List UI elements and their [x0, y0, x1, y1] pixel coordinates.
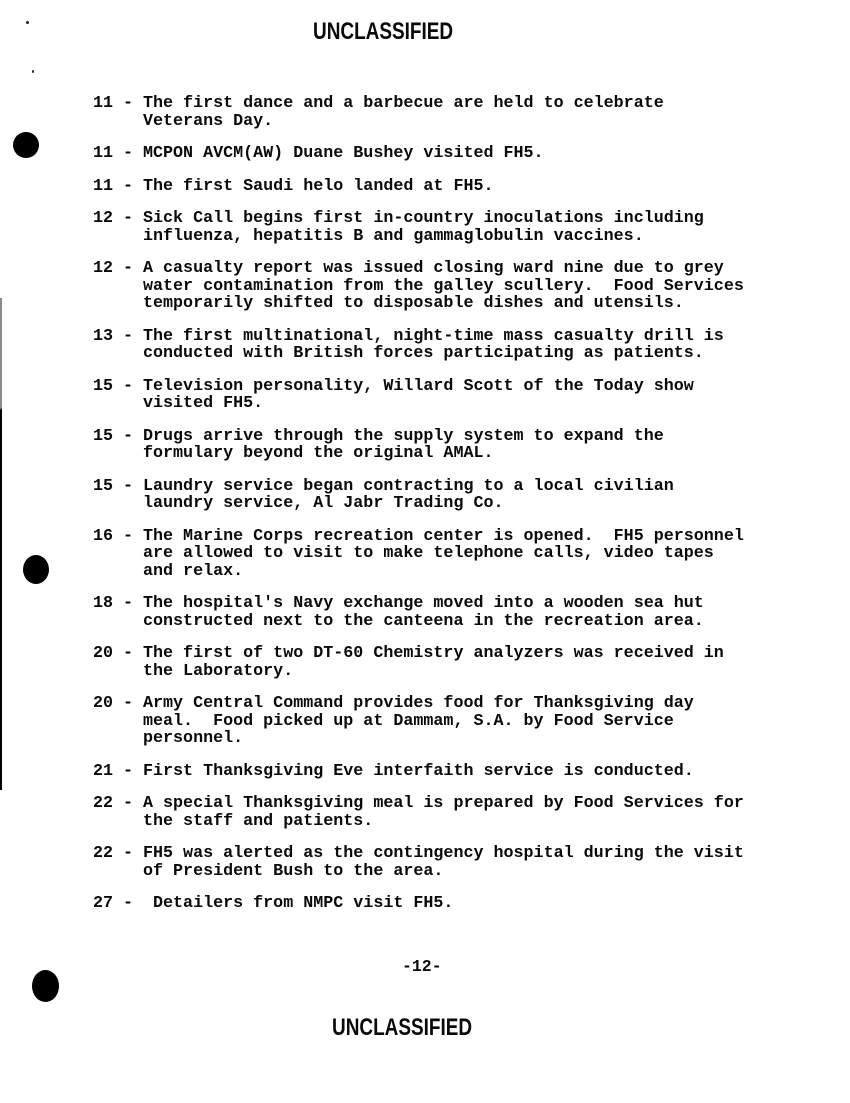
- entry-text: The hospital's Navy exchange moved into …: [143, 595, 704, 630]
- entry-dash: -: [123, 595, 143, 630]
- history-entry: 22 - A special Thanksgiving meal is prep…: [93, 795, 793, 830]
- entry-text: First Thanksgiving Eve interfaith servic…: [143, 763, 694, 781]
- entry-day-number: 15: [93, 428, 123, 463]
- history-entry: 20 - The first of two DT-60 Chemistry an…: [93, 645, 793, 680]
- hole-punch-mark: [23, 555, 49, 584]
- entry-dash: -: [123, 845, 143, 880]
- entry-day-number: 20: [93, 695, 123, 748]
- entry-day-number: 27: [93, 895, 123, 913]
- history-entry: 18 - The hospital's Navy exchange moved …: [93, 595, 793, 630]
- entry-dash: -: [123, 260, 143, 313]
- entry-text: Detailers from NMPC visit FH5.: [143, 895, 453, 913]
- entry-day-number: 11: [93, 145, 123, 163]
- entry-day-number: 11: [93, 178, 123, 196]
- entry-text: A special Thanksgiving meal is prepared …: [143, 795, 744, 830]
- entry-dash: -: [123, 528, 143, 581]
- history-entry: 11 - The first dance and a barbecue are …: [93, 95, 793, 130]
- footer-classification-banner: UNCLASSIFIED: [332, 1014, 472, 1042]
- entry-text: The first dance and a barbecue are held …: [143, 95, 664, 130]
- history-entry: 15 - Laundry service began contracting t…: [93, 478, 793, 513]
- entry-dash: -: [123, 178, 143, 196]
- entry-text: Television personality, Willard Scott of…: [143, 378, 694, 413]
- scanned-document-page: { "page": { "header_classification": "UN…: [0, 0, 850, 1103]
- entry-text: Laundry service began contracting to a l…: [143, 478, 674, 513]
- entry-dash: -: [123, 328, 143, 363]
- entry-dash: -: [123, 763, 143, 781]
- entry-day-number: 18: [93, 595, 123, 630]
- entry-text: A casualty report was issued closing war…: [143, 260, 744, 313]
- entry-dash: -: [123, 795, 143, 830]
- entry-day-number: 22: [93, 845, 123, 880]
- entry-dash: -: [123, 95, 143, 130]
- scan-edge-line: [0, 298, 2, 790]
- header-classification-banner: UNCLASSIFIED: [313, 18, 453, 46]
- entry-day-number: 15: [93, 478, 123, 513]
- hole-punch-mark: [32, 970, 59, 1002]
- scan-speck: [26, 21, 29, 24]
- entry-dash: -: [123, 645, 143, 680]
- history-entry: 27 - Detailers from NMPC visit FH5.: [93, 895, 793, 913]
- entry-dash: -: [123, 428, 143, 463]
- entry-list: 11 - The first dance and a barbecue are …: [93, 95, 793, 928]
- entry-day-number: 16: [93, 528, 123, 581]
- history-entry: 15 - Drugs arrive through the supply sys…: [93, 428, 793, 463]
- entry-day-number: 15: [93, 378, 123, 413]
- history-entry: 15 - Television personality, Willard Sco…: [93, 378, 793, 413]
- hole-punch-mark: [13, 132, 39, 158]
- entry-day-number: 22: [93, 795, 123, 830]
- entry-day-number: 21: [93, 763, 123, 781]
- entry-dash: -: [123, 478, 143, 513]
- history-entry: 16 - The Marine Corps recreation center …: [93, 528, 793, 581]
- entry-day-number: 20: [93, 645, 123, 680]
- entry-day-number: 11: [93, 95, 123, 130]
- entry-day-number: 12: [93, 210, 123, 245]
- entry-dash: -: [123, 145, 143, 163]
- entry-text: Sick Call begins first in-country inocul…: [143, 210, 704, 245]
- history-entry: 21 - First Thanksgiving Eve interfaith s…: [93, 763, 793, 781]
- history-entry: 12 - Sick Call begins first in-country i…: [93, 210, 793, 245]
- entry-text: MCPON AVCM(AW) Duane Bushey visited FH5.: [143, 145, 544, 163]
- entry-dash: -: [123, 378, 143, 413]
- entry-text: The first Saudi helo landed at FH5.: [143, 178, 494, 196]
- entry-text: The first of two DT-60 Chemistry analyze…: [143, 645, 724, 680]
- scan-speck: [32, 70, 34, 73]
- entry-text: The Marine Corps recreation center is op…: [143, 528, 744, 581]
- entry-text: FH5 was alerted as the contingency hospi…: [143, 845, 744, 880]
- history-entry: 11 - MCPON AVCM(AW) Duane Bushey visited…: [93, 145, 793, 163]
- entry-day-number: 13: [93, 328, 123, 363]
- entry-dash: -: [123, 695, 143, 748]
- history-entry: 22 - FH5 was alerted as the contingency …: [93, 845, 793, 880]
- entry-dash: -: [123, 210, 143, 245]
- entry-dash: -: [123, 895, 143, 913]
- entry-text: Army Central Command provides food for T…: [143, 695, 694, 748]
- history-entry: 13 - The first multinational, night-time…: [93, 328, 793, 363]
- entry-text: The first multinational, night-time mass…: [143, 328, 724, 363]
- history-entry: 20 - Army Central Command provides food …: [93, 695, 793, 748]
- history-entry: 11 - The first Saudi helo landed at FH5.: [93, 178, 793, 196]
- history-entry: 12 - A casualty report was issued closin…: [93, 260, 793, 313]
- page-number: -12-: [402, 958, 442, 976]
- entry-day-number: 12: [93, 260, 123, 313]
- entry-text: Drugs arrive through the supply system t…: [143, 428, 664, 463]
